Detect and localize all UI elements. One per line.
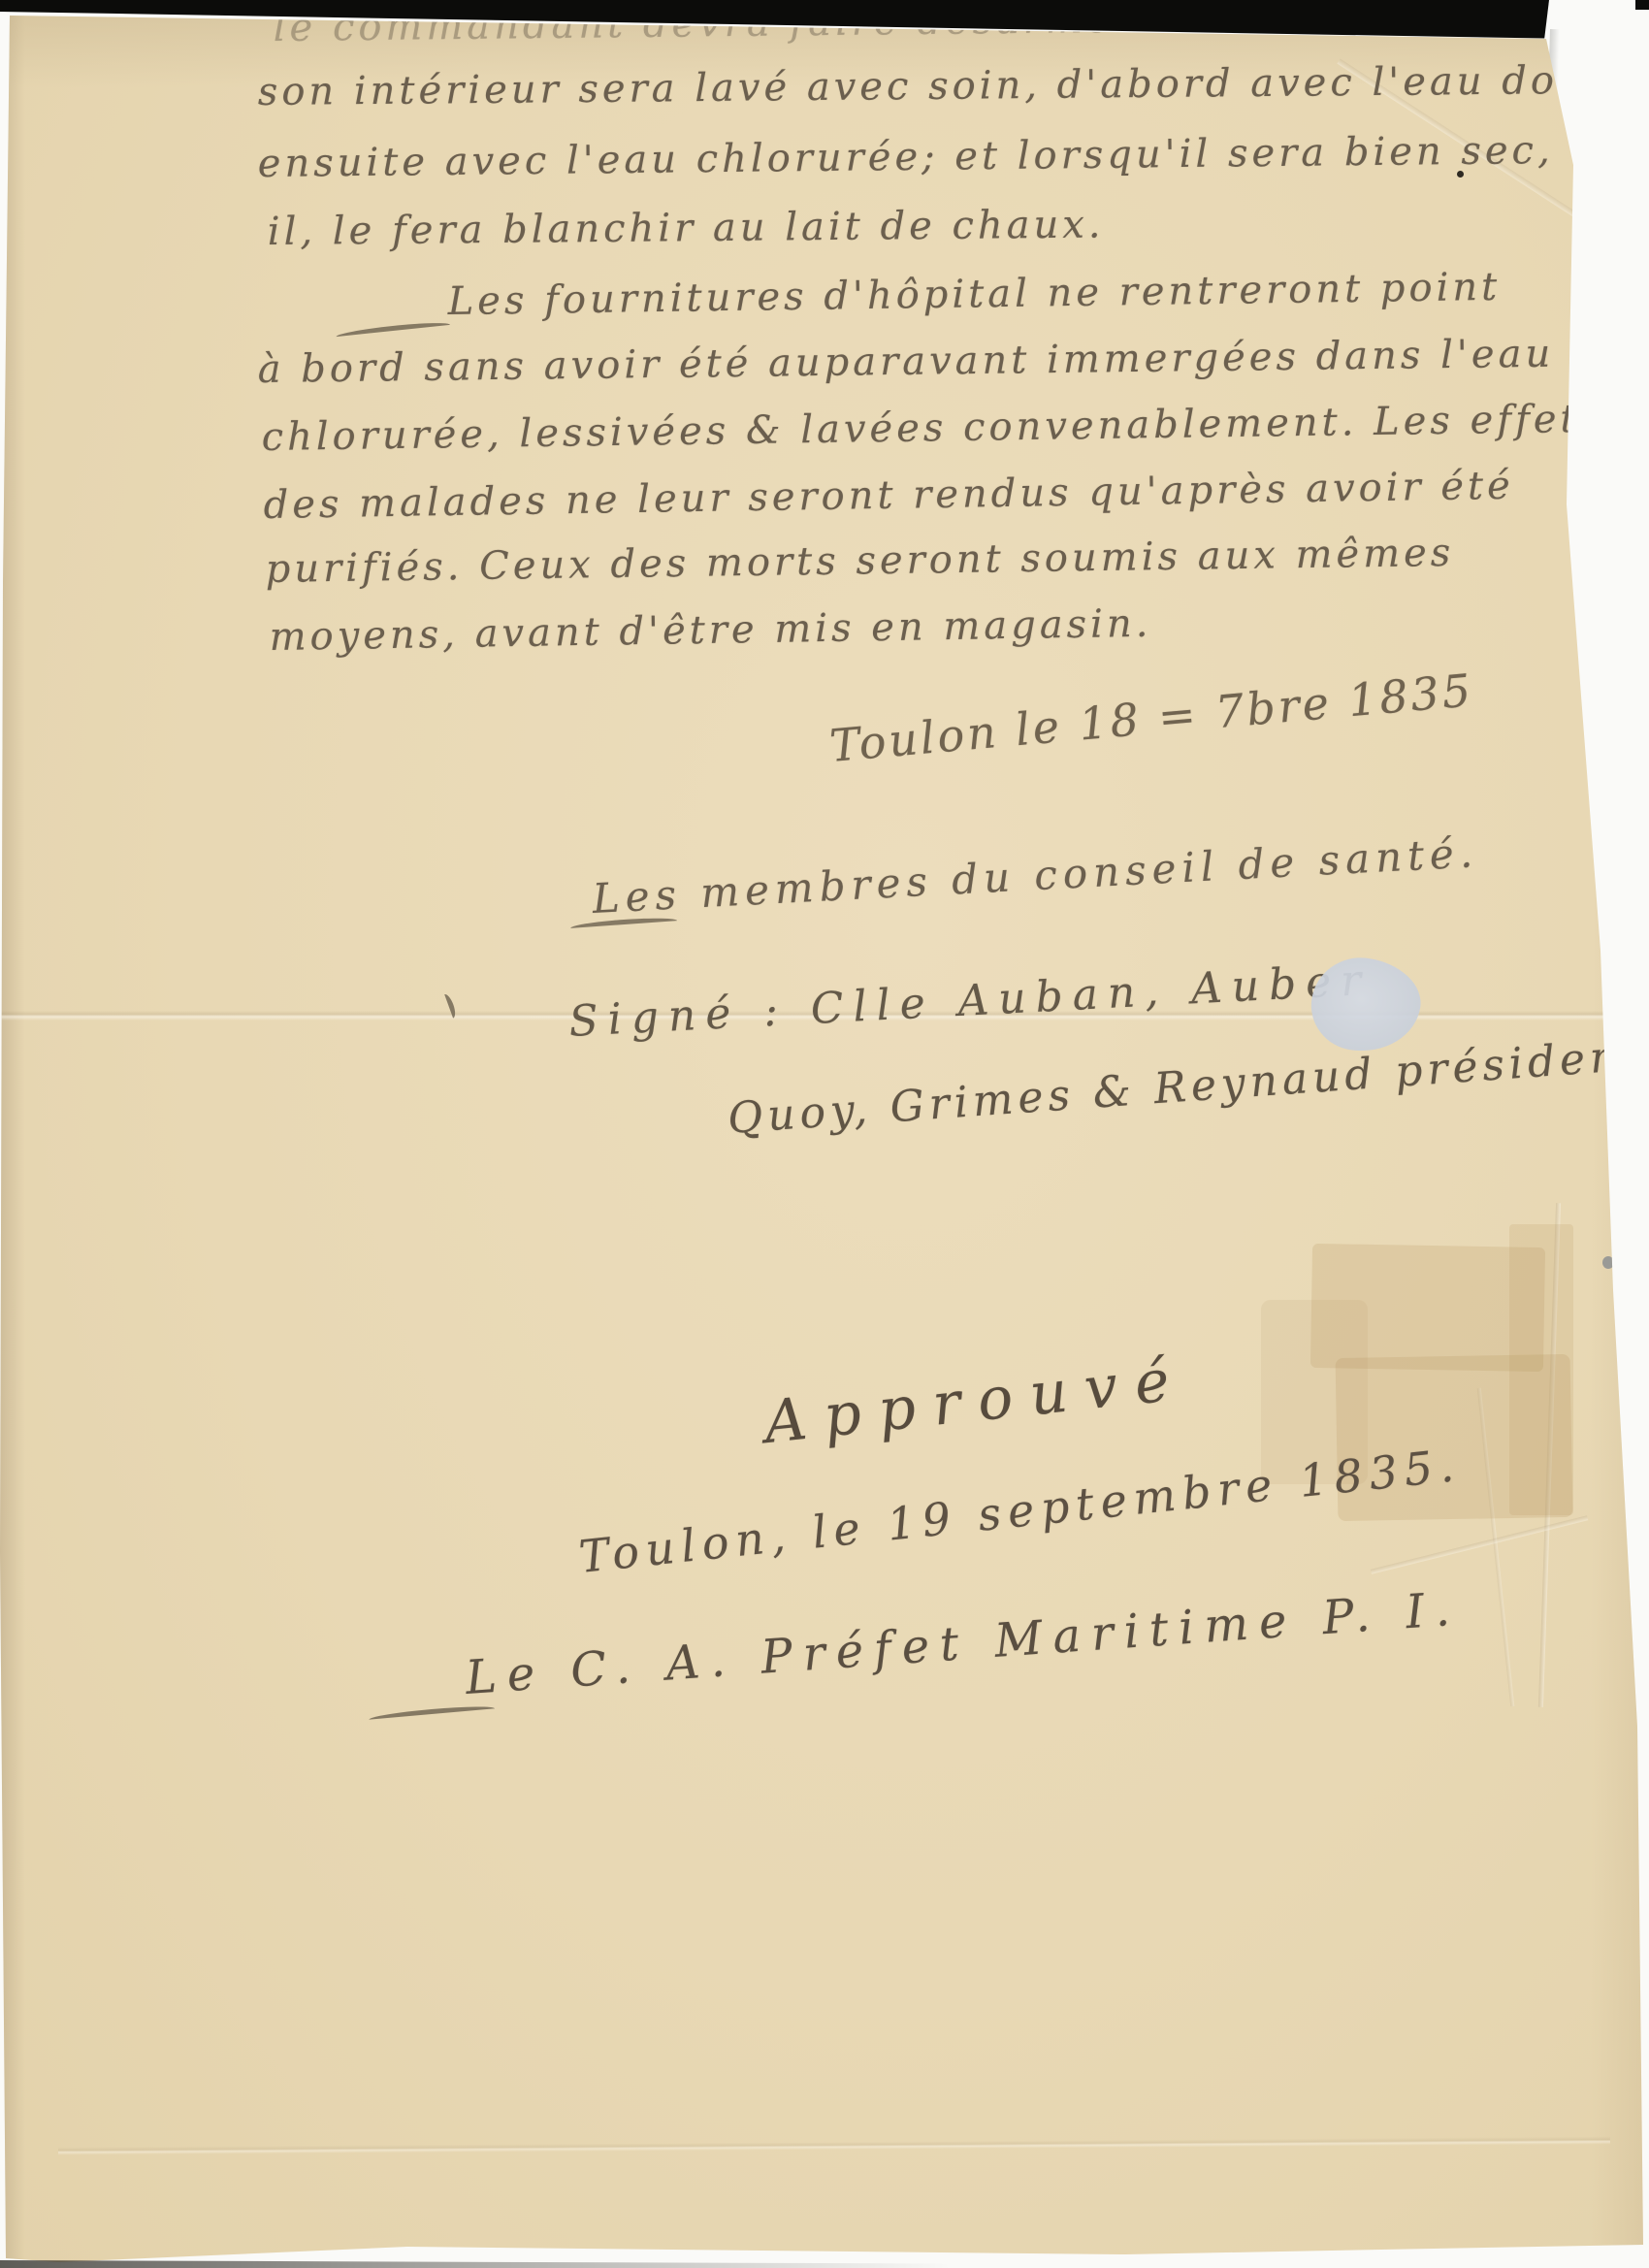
pen-flourish — [369, 1703, 495, 1719]
approval-signature: Le C. A. Préfet Maritime P. I. — [464, 1581, 1462, 1705]
fold-crease-bottom — [58, 2136, 1610, 2155]
body-line-6: à bord sans avoir été auparavant immergé… — [257, 332, 1554, 392]
body-line-2: son intérieur sera lavé avec soin, d'abo… — [258, 57, 1649, 114]
scanned-document: le commandant devra faire désarmer le bâ… — [0, 0, 1649, 2268]
body-line-4: il, le fera blanchir au lait de chaux. — [268, 202, 1105, 254]
pen-flourish — [336, 320, 450, 337]
staple-mark — [1602, 1256, 1614, 1269]
scanner-black-corner — [1635, 0, 1649, 10]
signatures-line-1: Signé : Clle Auban, Auber — [567, 956, 1372, 1047]
body-line-3: ensuite avec l'eau chlorurée; et lorsqu'… — [258, 128, 1554, 186]
approval-word: Approuvé — [761, 1345, 1190, 1457]
tape-stain — [1509, 1224, 1573, 1515]
dateline: Toulon le 18 = 7bre 1835 — [827, 664, 1475, 772]
paper-bottom-edge — [0, 2258, 951, 2268]
council-line: Les membres du conseil de santé. — [591, 828, 1479, 923]
approval-dateline: Toulon, le 19 septembre 1835. — [576, 1439, 1463, 1583]
body-line-9: purifiés. Ceux des morts seront soumis a… — [265, 531, 1454, 592]
body-line-7: chlorurée, lessivées & lavées convenable… — [261, 397, 1603, 460]
crease-right-diagonal — [1371, 1515, 1588, 1573]
signatures-line-2: Quoy, Grimes & Reynaud présidens — [726, 1030, 1649, 1144]
body-line-10: moyens, avant d'être mis en magasin. — [269, 601, 1151, 660]
ink-dot — [1457, 171, 1464, 178]
body-line-8: des malades ne leur seront rendus qu'apr… — [263, 464, 1514, 528]
body-line-5: Les fournitures d'hôpital ne rentreront … — [447, 265, 1501, 324]
paper-sheet: le commandant devra faire désarmer le bâ… — [0, 0, 1649, 2268]
